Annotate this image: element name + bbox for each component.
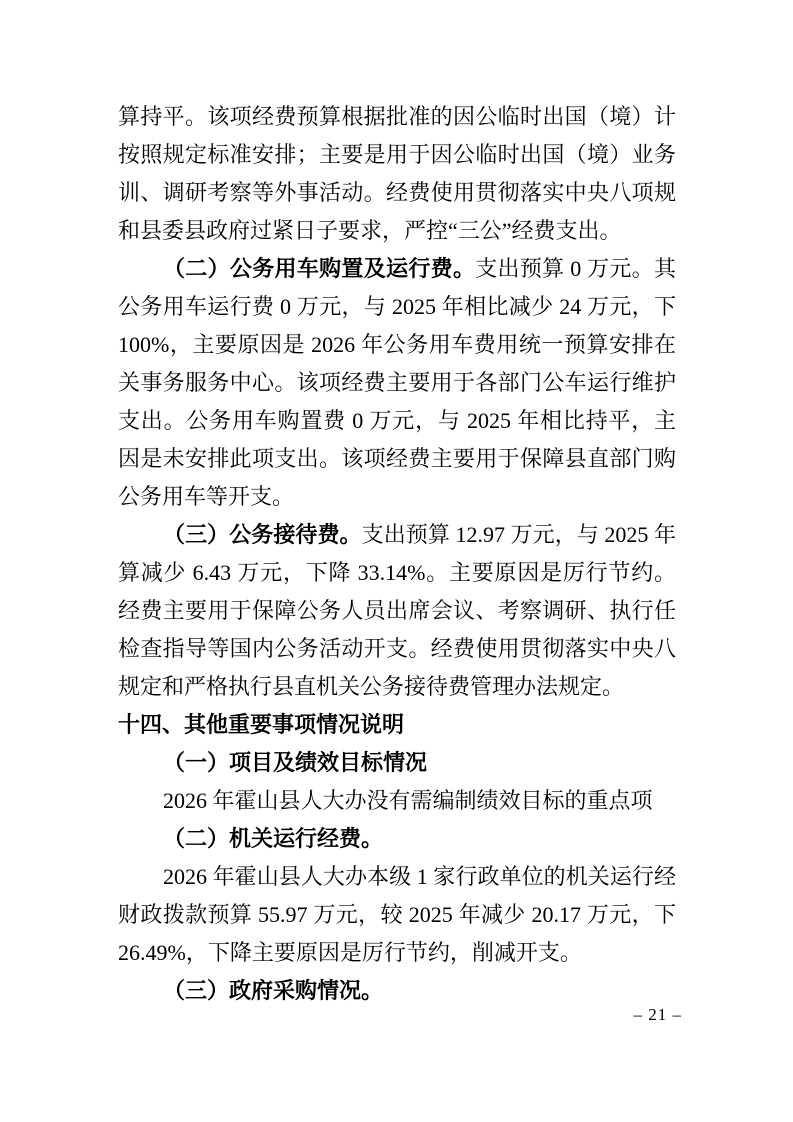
text-line: （三）公务接待费。支出预算 12.97 万元，与 2025 年预 [118, 516, 676, 554]
text-line: 算减少 6.43 万元，下降 33.14%。主要原因是厉行节约。该项 [118, 554, 676, 592]
document-page: 算持平。该项经费预算根据批准的因公临时出国（境）计划， 按照规定标准安排；主要是… [0, 0, 793, 1122]
text-line: 公务用车等开支。 [118, 478, 676, 516]
text-line: 100%，主要原因是 2026 年公务用车费用统一预算安排在机 [118, 326, 676, 364]
document-body: 算持平。该项经费预算根据批准的因公临时出国（境）计划， 按照规定标准安排；主要是… [118, 98, 676, 1010]
text-line: 和县委县政府过紧日子要求，严控“三公”经费支出。 [118, 212, 676, 250]
text-line: 2026 年霍山县人大办没有需编制绩效目标的重点项目。 [118, 782, 676, 820]
text-line: 关事务服务中心。该项经费主要用于各部门公车运行维护等 [118, 364, 676, 402]
subsection-lead-reception: （三）公务接待费。 [163, 522, 362, 547]
text-line: 公务用车运行费 0 万元，与 2025 年相比减少 24 万元，下降 [118, 288, 676, 326]
text-line: 经费主要用于保障公务人员出席会议、考察调研、执行任务、 [118, 592, 676, 630]
subsection-lead-vehicle: （二）公务用车购置及运行费。 [163, 256, 475, 281]
page-number: – 21 – [634, 1003, 683, 1027]
subsection-heading-performance: （一）项目及绩效目标情况 [118, 744, 676, 782]
text-line: 按照规定标准安排；主要是用于因公临时出国（境）业务培 [118, 136, 676, 174]
text-line: 因是未安排此项支出。该项经费主要用于保障县直部门购置 [118, 440, 676, 478]
text-line: 算持平。该项经费预算根据批准的因公临时出国（境）计划， [118, 98, 676, 136]
text-line: 检查指导等国内公务活动开支。经费使用贯彻落实中央八项 [118, 630, 676, 668]
text-line: 26.49%，下降主要原因是厉行节约，削减开支。 [118, 934, 676, 972]
section-heading-14: 十四、其他重要事项情况说明 [118, 706, 676, 744]
text-line: 财政拨款预算 55.97 万元，较 2025 年减少 20.17 万元，下降 [118, 896, 676, 934]
text-line: 支出。公务用车购置费 0 万元，与 2025 年相比持平，主要原 [118, 402, 676, 440]
text-line: 训、调研考察等外事活动。经费使用贯彻落实中央八项规定 [118, 174, 676, 212]
subsection-heading-operating: （二）机关运行经费。 [118, 820, 676, 858]
text-line: （二）公务用车购置及运行费。支出预算 0 万元。其中： [118, 250, 676, 288]
subsection-heading-procurement: （三）政府采购情况。 [118, 972, 676, 1010]
text-line: 规定和严格执行县直机关公务接待费管理办法规定。 [118, 668, 676, 706]
text-line: 2026 年霍山县人大办本级 1 家行政单位的机关运行经费 [118, 858, 676, 896]
